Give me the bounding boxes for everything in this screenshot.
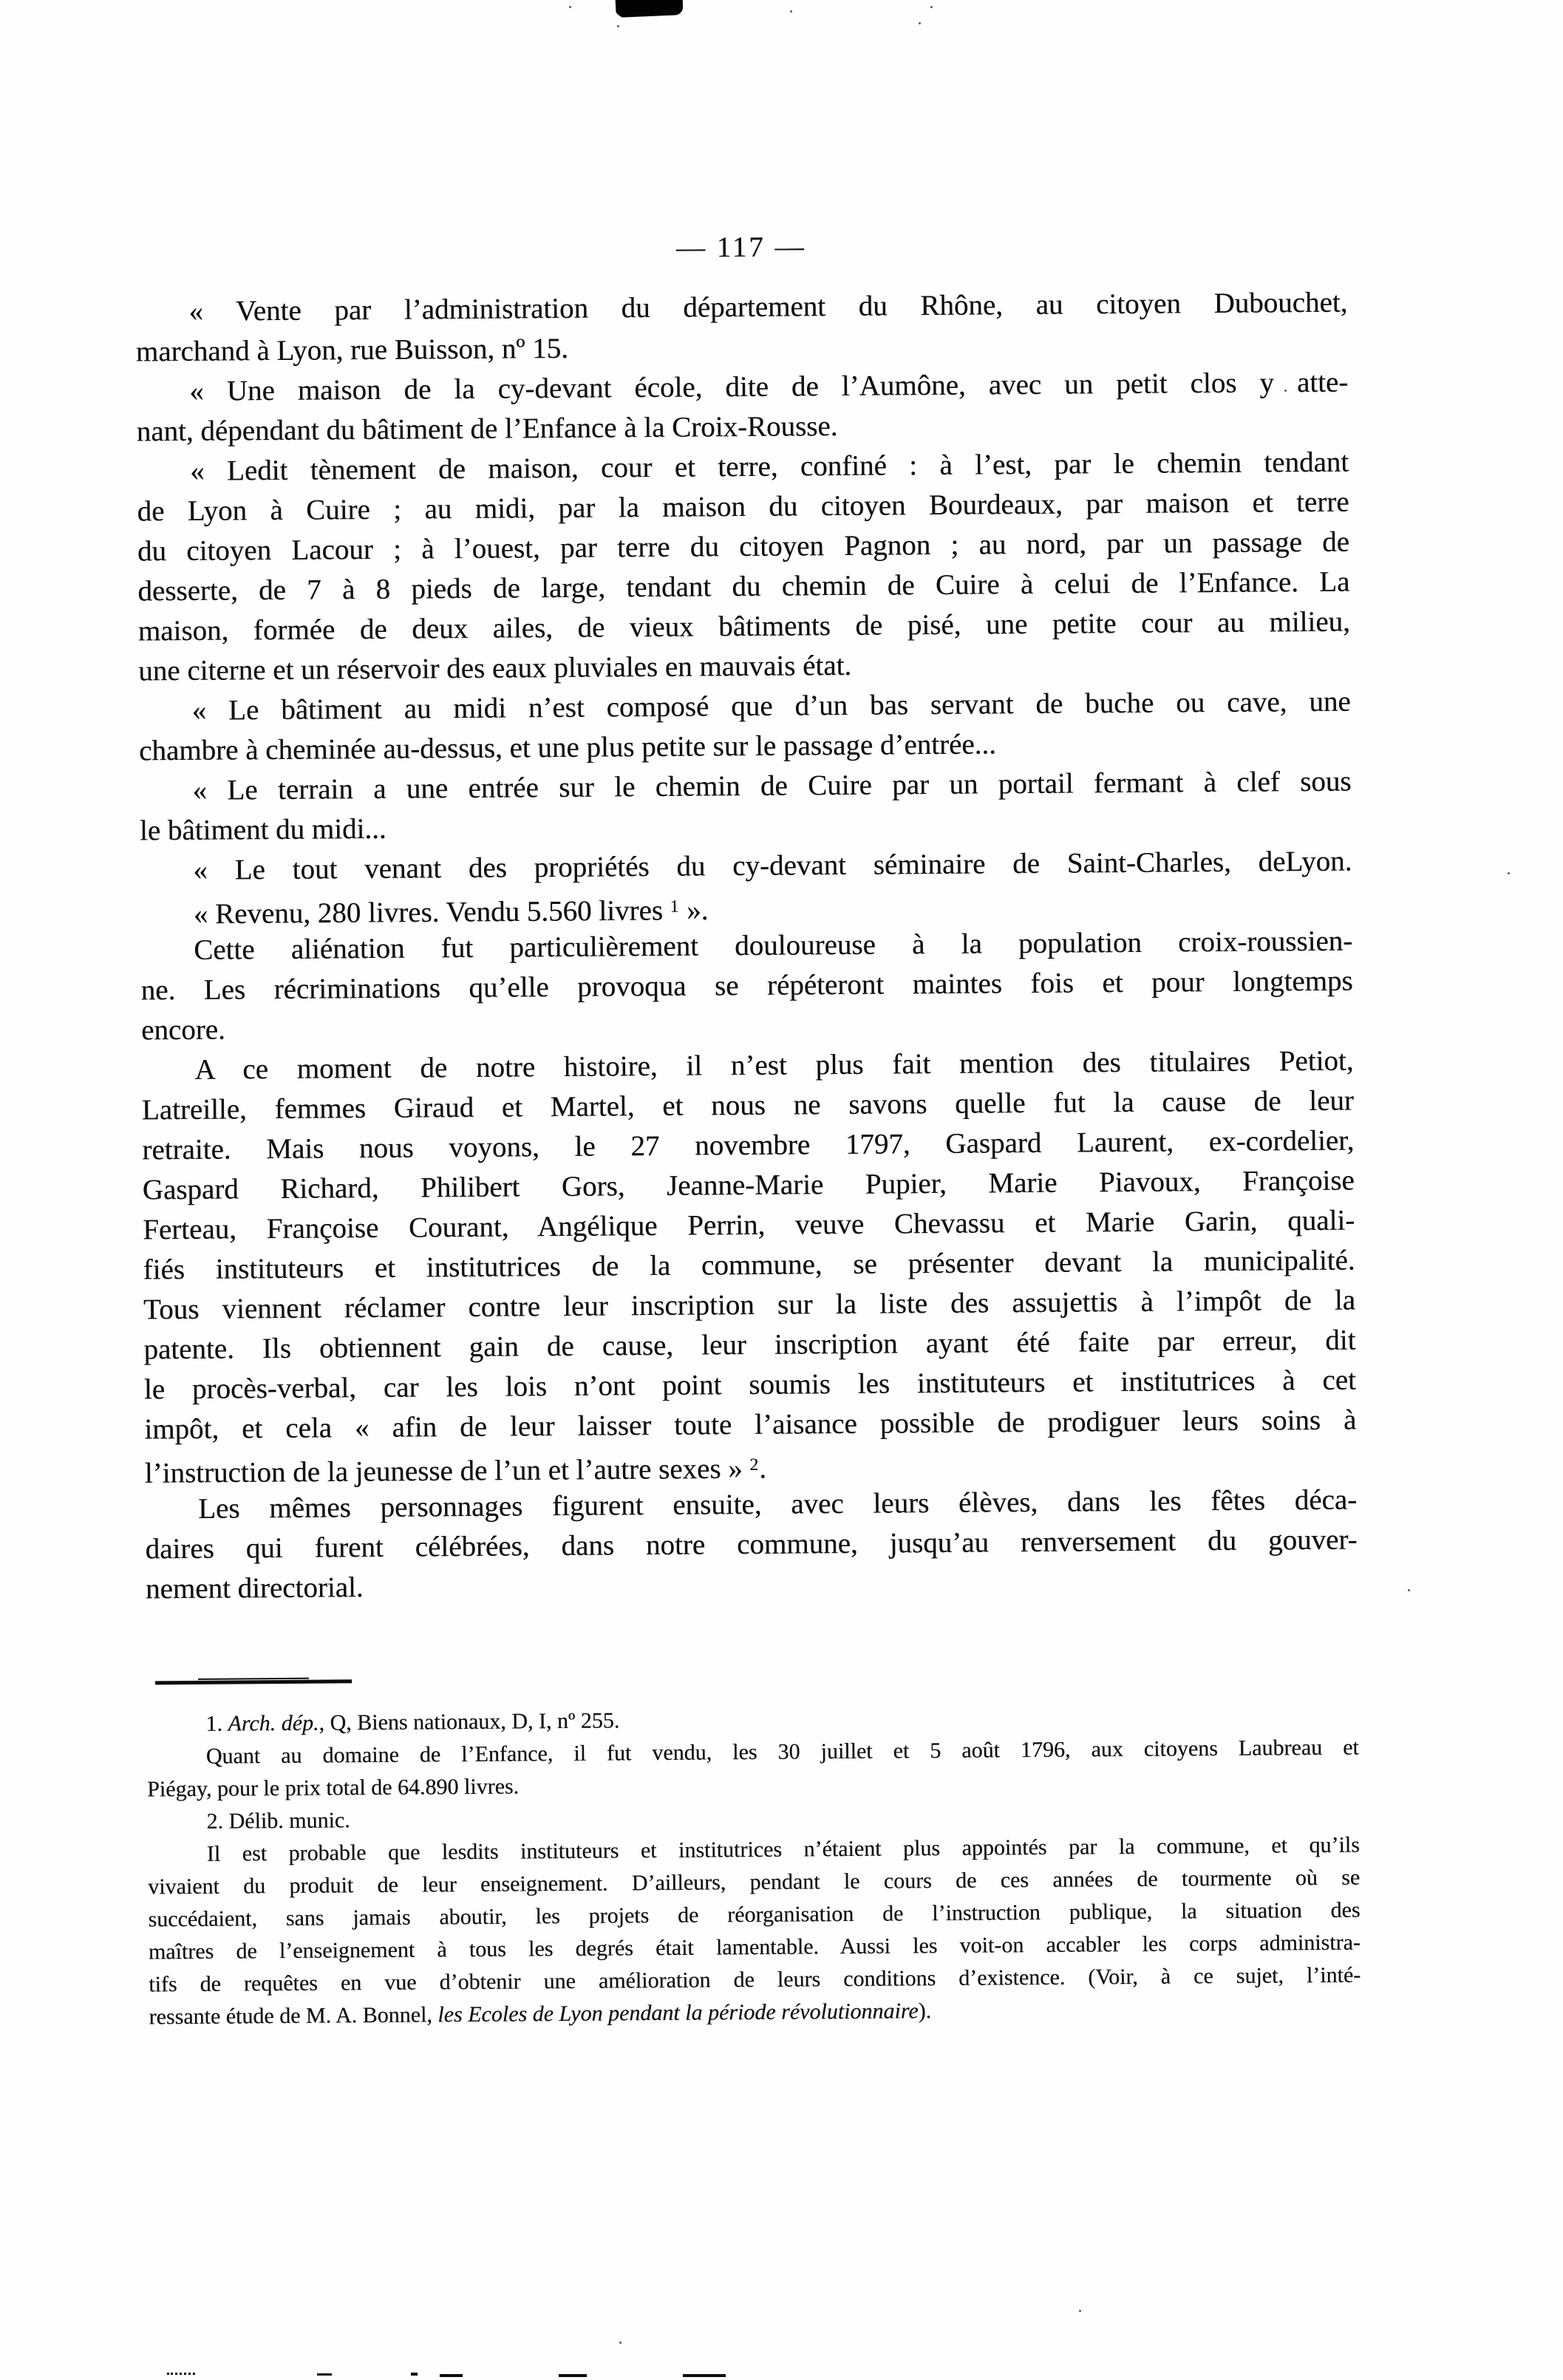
text-run: encore. — [141, 1014, 225, 1047]
page-edge-artifact — [411, 2373, 418, 2376]
page-number-header: — 117 — — [135, 226, 1347, 270]
text-run: chambre à cheminée au-dessus, et une plu… — [139, 728, 996, 766]
italic-text: Arch. dép. — [228, 1711, 319, 1736]
scan-speck — [919, 22, 921, 24]
text-run: 1. — [205, 1712, 228, 1736]
body-text: « Vente par l’administration du départem… — [135, 283, 1358, 1610]
text-run: maison, formée de deux ailes, de vieux b… — [138, 606, 1350, 647]
text-run: retraite. Mais nous voyons, le 27 novemb… — [142, 1125, 1354, 1166]
text-run: une citerne et un réservoir des eaux plu… — [138, 650, 851, 687]
text-run: Gaspard Richard, Philibert Gors, Jeanne-… — [143, 1165, 1355, 1206]
text-run: Piégay, pour le prix total de 64.890 liv… — [147, 1774, 519, 1801]
scan-speck — [1508, 872, 1510, 874]
text-run: 2. Délib. munic. — [206, 1808, 350, 1834]
scan-speck — [1408, 1589, 1410, 1591]
text-run: maîtres de l’enseignement à tous les deg… — [149, 1931, 1361, 1965]
scan-speck — [790, 10, 792, 13]
scanned-document-page: — 117 — « Vente par l’administration du … — [0, 0, 1563, 2380]
footnote-reference: 1 — [670, 897, 680, 917]
text-run: du citoyen Lacour ; à l’ouest, par terre… — [137, 526, 1349, 568]
italic-text: les Ecoles de Lyon pendant la période ré… — [437, 1999, 919, 2027]
text-run: « Une maison de la cy-devant école, dite… — [189, 367, 1348, 407]
page-edge-artifact — [167, 2373, 195, 2375]
text-run: desserte, de 7 à 8 pieds de large, tenda… — [137, 566, 1349, 608]
scan-speck — [930, 6, 933, 8]
page-edge-artifact — [317, 2373, 332, 2376]
scan-speck — [617, 25, 619, 27]
text-run: succédaient, sans jamais aboutir, les pr… — [148, 1898, 1360, 1932]
text-run: ne. Les récriminations qu’elle provoqua … — [141, 965, 1353, 1007]
text-run: de Lyon à Cuire ; au midi, par la maison… — [137, 486, 1349, 528]
text-run: patente. Ils obtiennent gain de cause, l… — [143, 1325, 1355, 1366]
text-run: Il est probable que lesdits instituteurs… — [207, 1833, 1360, 1866]
text-run: « Vente par l’administration du départem… — [188, 287, 1347, 327]
text-run: A ce moment de notre histoire, il n’est … — [194, 1045, 1353, 1086]
text-run: ». — [679, 894, 708, 926]
text-run: le bâtiment du midi... — [140, 813, 387, 847]
text-run: Quant au domaine de l’Enfance, il fut ve… — [206, 1735, 1359, 1769]
text-run: « Le tout venant des propriétés du cy-de… — [193, 846, 1352, 886]
text-run: Latreille, femmes Giraud et Martel, et n… — [142, 1085, 1354, 1126]
text-run: daires qui furent célébrées, dans notre … — [145, 1524, 1357, 1565]
text-run: impôt, et cela « afin de leur laisser to… — [144, 1404, 1356, 1446]
scan-speck — [619, 2342, 622, 2344]
page-content: — 117 — « Vente par l’administration du … — [0, 0, 1563, 2380]
text-line: nement directorial. — [146, 1560, 1358, 1610]
text-run: Cette aliénation fut particulièrement do… — [194, 925, 1352, 966]
text-run: ressante étude de M. A. Bonnel, — [149, 2002, 437, 2029]
text-run: marchand à Lyon, rue Buisson, nº 15. — [136, 333, 568, 368]
text-run: ). — [919, 1999, 932, 2023]
text-run: « Le bâtiment au midi n’est composé que … — [192, 686, 1351, 727]
text-run: , Q, Biens nationaux, D, I, nº 255. — [319, 1708, 619, 1735]
text-run: . — [759, 1452, 766, 1484]
text-run: Tous viennent réclamer contre leur inscr… — [143, 1285, 1355, 1326]
page-edge-artifact — [683, 2374, 726, 2377]
text-run: fiés instituteurs et institutrices de la… — [143, 1245, 1355, 1286]
scan-speck — [569, 6, 571, 8]
text-run: « Le terrain a une entrée sur le chemin … — [192, 766, 1351, 806]
text-run: « Revenu, 280 livres. Vendu 5.560 livres — [194, 894, 670, 930]
text-run: nement directorial. — [146, 1571, 364, 1605]
text-run: l’instruction de la jeunesse de l’un et … — [145, 1453, 750, 1489]
text-run: Ferteau, Françoise Courant, Angélique Pe… — [143, 1205, 1355, 1246]
text-run: nant, dépendant du bâtiment de l’Enfance… — [137, 410, 838, 447]
page-edge-artifact — [559, 2374, 587, 2377]
footnotes-text: 1. Arch. dép., Q, Biens nationaux, D, I,… — [146, 1699, 1361, 2034]
footnote-reference: 2 — [749, 1455, 759, 1475]
scan-speck — [1284, 390, 1287, 392]
footnote-separator-rule — [155, 1679, 352, 1684]
text-run: tifs de requêtes en vue d’obtenir une am… — [149, 1963, 1361, 1997]
text-run: Les mêmes personnages figurent ensuite, … — [198, 1484, 1357, 1525]
text-run: vivaient du produit de leur enseignement… — [148, 1866, 1360, 1900]
scan-speck — [1079, 2310, 1081, 2312]
text-run: « Ledit tènement de maison, cour et terr… — [190, 446, 1349, 487]
text-run: le procès-verbal, car les lois n’ont poi… — [144, 1364, 1356, 1406]
page-edge-artifact — [440, 2374, 463, 2377]
